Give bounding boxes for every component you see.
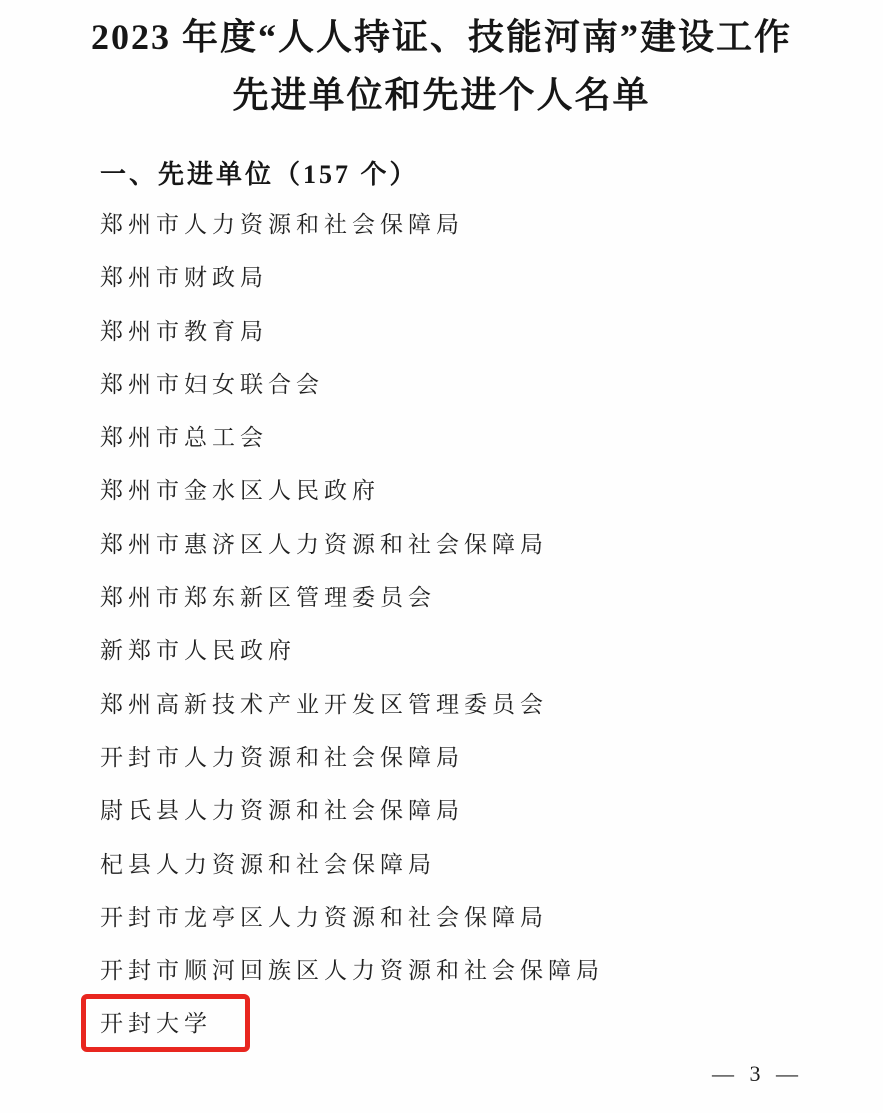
unit-name: 郑州市财政局 <box>100 265 268 290</box>
list-item: 郑州市财政局 <box>100 251 883 304</box>
list-item: 开封市人力资源和社会保障局 <box>100 731 883 784</box>
unit-name: 郑州市金水区人民政府 <box>100 478 380 503</box>
document-title: 2023 年度“人人持证、技能河南”建设工作 先进单位和先进个人名单 <box>0 0 883 124</box>
unit-name: 杞县人力资源和社会保障局 <box>100 852 436 877</box>
list-item: 郑州市惠济区人力资源和社会保障局 <box>100 518 883 571</box>
list-item: 新郑市人民政府 <box>100 624 883 677</box>
unit-name: 郑州市惠济区人力资源和社会保障局 <box>100 532 548 557</box>
list-item: 尉氏县人力资源和社会保障局 <box>100 784 883 837</box>
unit-name: 开封市顺河回族区人力资源和社会保障局 <box>100 958 604 983</box>
title-line-1: 2023 年度“人人持证、技能河南”建设工作 <box>0 8 883 66</box>
document-page: 2023 年度“人人持证、技能河南”建设工作 先进单位和先进个人名单 一、先进单… <box>0 0 883 1113</box>
unit-name: 开封市人力资源和社会保障局 <box>100 745 464 770</box>
list-item: 郑州市妇女联合会 <box>100 358 883 411</box>
unit-name: 开封市龙亭区人力资源和社会保障局 <box>100 905 548 930</box>
unit-name: 新郑市人民政府 <box>100 638 296 663</box>
title-line-2: 先进单位和先进个人名单 <box>0 66 883 124</box>
list-item-highlighted: 开封大学 <box>100 997 883 1050</box>
unit-name: 郑州市教育局 <box>100 319 268 344</box>
unit-name: 郑州市人力资源和社会保障局 <box>100 212 464 237</box>
list-item: 郑州市教育局 <box>100 305 883 358</box>
page-number: — 3 — <box>712 1061 803 1087</box>
list-item: 郑州市人力资源和社会保障局 <box>100 198 883 251</box>
section-heading: 一、先进单位（157 个） <box>100 160 883 190</box>
list-item: 郑州市总工会 <box>100 411 883 464</box>
unit-name: 郑州市总工会 <box>100 425 268 450</box>
unit-list: 郑州市人力资源和社会保障局郑州市财政局郑州市教育局郑州市妇女联合会郑州市总工会郑… <box>100 198 883 1051</box>
list-item: 开封市龙亭区人力资源和社会保障局 <box>100 891 883 944</box>
list-item: 郑州高新技术产业开发区管理委员会 <box>100 678 883 731</box>
unit-name: 开封大学 <box>100 1011 212 1036</box>
unit-name: 尉氏县人力资源和社会保障局 <box>100 798 464 823</box>
list-item: 杞县人力资源和社会保障局 <box>100 838 883 891</box>
list-item: 开封市顺河回族区人力资源和社会保障局 <box>100 944 883 997</box>
unit-name: 郑州市妇女联合会 <box>100 372 324 397</box>
unit-name: 郑州市郑东新区管理委员会 <box>100 585 436 610</box>
unit-name: 郑州高新技术产业开发区管理委员会 <box>100 692 548 717</box>
list-item: 郑州市金水区人民政府 <box>100 464 883 517</box>
list-item: 郑州市郑东新区管理委员会 <box>100 571 883 624</box>
